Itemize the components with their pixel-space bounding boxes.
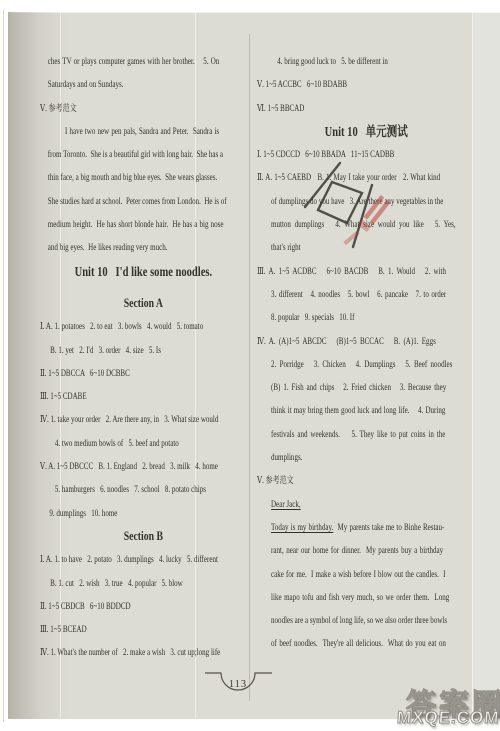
text-segment: My parents take me to Binhe Restau- [333, 522, 444, 532]
heading-line: Section A [40, 292, 247, 315]
text-segment: Ⅱ. A. 1~5 CAEBD B. 1. May I take your or… [257, 172, 440, 182]
text-segment: that's right [271, 242, 301, 252]
text-line: Ⅲ. 1~5 CDABE [40, 385, 247, 408]
heading-line: Section B [40, 525, 247, 548]
text-segment: 8. popular 9. specials 10. If [271, 312, 354, 322]
text-line: dumplings. [257, 446, 475, 469]
text-line: Ⅴ. A. 1~5 DBCCC B. 1. England 2. bread 3… [40, 455, 247, 478]
text-segment: Ⅰ. 1~5 CDCCD 6~10 BBADA 11~15 CADBB [257, 149, 394, 159]
text-segment: 4. bring good luck to 5. be different in [277, 56, 388, 66]
text-line: ches TV or plays computer games with her… [40, 50, 247, 73]
text-line: medium height. He has short blonde hair.… [40, 213, 247, 236]
text-segment: Ⅴ. 参考范文 [40, 103, 77, 113]
text-line: like mapo tofu and fish very much, so we… [257, 586, 475, 609]
text-line: Today is my birthday. My parents take me… [257, 516, 475, 539]
text-segment: Ⅲ. A. 1~5 ACDBC 6~10 BACDB B. 1. Would 2… [257, 266, 446, 276]
text-segment: Ⅵ. 1~5 BBCAD [257, 103, 304, 113]
text-segment: medium height. He has short blonde hair.… [48, 219, 224, 229]
text-line: think it may bring them good luck and lo… [257, 399, 475, 422]
text-segment: Unit 10 I'd like some noodles. [75, 264, 212, 279]
text-segment: Unit 10 单元测试 [325, 124, 408, 139]
text-line: B. 1. cut 2. wish 3. true 4. popular 5. … [40, 572, 247, 595]
text-line: 4. bring good luck to 5. be different in [257, 50, 475, 73]
text-segment: Ⅳ. 1. take your order 2. Are there any, … [40, 414, 218, 424]
text-segment: Ⅳ. 1. What's the number of 2. make a wis… [40, 647, 220, 657]
text-line: thin face, a big mouth and big blue eyes… [40, 166, 247, 189]
text-segment: (B) 1. Fish and chips 2. Fried chicken 3… [271, 382, 446, 392]
text-segment: 5. hamburgers 6. noodles 7. school 8. po… [55, 484, 206, 494]
text-line: mutton dumplings 4. What size would you … [257, 213, 475, 236]
right-column: 4. bring good luck to 5. be different in… [257, 50, 475, 656]
text-segment: Ⅳ. A. (A)1~5 ABCDC (B)1~5 BCCAC B. (A)1.… [257, 336, 436, 346]
scanned-answer-page: ches TV or plays computer games with her… [0, 0, 500, 731]
text-line: 9. dumplings 10. home [40, 502, 247, 525]
text-line: (B) 1. Fish and chips 2. Fried chicken 3… [257, 376, 475, 399]
text-line: and big eyes. He likes reading very much… [40, 236, 247, 259]
text-segment: cake for me. I make a wish before I blow… [271, 569, 445, 579]
text-segment: dumplings. [271, 452, 302, 462]
text-line: Dear Jack, [257, 493, 475, 516]
text-segment: Ⅲ. 1~5 BCEAD [40, 624, 87, 634]
text-segment: Ⅱ. 1~5 DBCCA 6~10 DCBBC [40, 368, 130, 378]
text-segment: Ⅰ. A. 1. potatoes 2. to eat 3. bowls 4. … [40, 321, 203, 331]
text-line: B. 1. yet 2. I'd 3. order 4. size 5. Is [40, 339, 247, 362]
text-line: noodles are a symbol of long life, so we… [257, 609, 475, 632]
left-column: ches TV or plays computer games with her… [40, 50, 247, 665]
text-segment: Ⅴ. 1~5 ACCBC 6~10 BDABB [257, 79, 347, 89]
text-line: 5. hamburgers 6. noodles 7. school 8. po… [40, 478, 247, 501]
text-segment: of dumplings do you have 3. Are there an… [271, 196, 443, 206]
scan-light-band [472, 12, 500, 719]
text-segment: noodles are a symbol of long life, so we… [271, 615, 447, 625]
text-segment: 3. different 4. noodles 5. bowl 6. panca… [271, 289, 446, 299]
text-segment: thin face, a big mouth and big blue eyes… [48, 172, 217, 182]
underlined-text: Dear Jack, [271, 499, 301, 509]
text-segment: mutton dumplings 4. What size would you … [271, 219, 456, 229]
text-segment: Section B [124, 529, 163, 543]
text-segment: Ⅰ. A. 1. to have 2. potato 3. dumplings … [40, 554, 218, 564]
text-segment: B. 1. cut 2. wish 3. true 4. popular 5. … [50, 578, 183, 588]
text-segment: festivals and weekends. 5. They like to … [271, 429, 445, 439]
text-line: 8. popular 9. specials 10. If [257, 306, 475, 329]
text-segment: of beef noodles. They're all delicious. … [271, 638, 446, 648]
text-line: Ⅲ. A. 1~5 ACDBC 6~10 BACDB B. 1. Would 2… [257, 260, 475, 283]
text-segment: from Toronto. She is a beautiful girl wi… [48, 149, 223, 159]
text-segment: Section A [124, 296, 163, 310]
underlined-text: Today is my birthday. [271, 522, 333, 532]
text-line: Ⅴ. 参考范文 [257, 469, 475, 492]
text-line: Ⅴ. 参考范文 [40, 97, 247, 120]
text-line: Ⅵ. 1~5 BBCAD [257, 97, 475, 120]
text-line: 4. two medium bowls of 5. beef and potat… [40, 432, 247, 455]
text-line: Ⅳ. 1. What's the number of 2. make a wis… [40, 641, 247, 664]
text-segment: rant, near our home for dinner. My paren… [271, 545, 443, 555]
text-line: of beef noodles. They're all delicious. … [257, 632, 475, 655]
text-line: of dumplings do you have 3. Are there an… [257, 190, 475, 213]
text-line: festivals and weekends. 5. They like to … [257, 423, 475, 446]
text-line: Ⅱ. 1~5 CBDCB 6~10 BDDCD [40, 595, 247, 618]
text-line: Ⅱ. 1~5 DBCCA 6~10 DCBBC [40, 362, 247, 385]
text-line: Ⅰ. A. 1. potatoes 2. to eat 3. bowls 4. … [40, 315, 247, 338]
scan-edge-artifact [3, 10, 4, 722]
text-line: Ⅴ. 1~5 ACCBC 6~10 BDABB [257, 73, 475, 96]
text-segment: Ⅲ. 1~5 CDABE [40, 391, 87, 401]
text-segment: 4. two medium bowls of 5. beef and potat… [55, 438, 179, 448]
text-segment: think it may bring them good luck and lo… [271, 405, 445, 415]
text-segment: Ⅴ. A. 1~5 DBCCC B. 1. England 2. bread 3… [40, 461, 218, 471]
text-segment: B. 1. yet 2. I'd 3. order 4. size 5. Is [50, 345, 161, 355]
text-line: Ⅳ. 1. take your order 2. Are there any, … [40, 408, 247, 431]
text-segment: Ⅱ. 1~5 CBDCB 6~10 BDDCD [40, 601, 131, 611]
text-line: that's right [257, 236, 475, 259]
text-segment: and big eyes. He likes reading very much… [48, 242, 168, 252]
text-line: She studies hard at school. Peter comes … [40, 190, 247, 213]
text-line: Ⅲ. 1~5 BCEAD [40, 618, 247, 641]
text-line: I have two new pen pals, Sandra and Pete… [40, 120, 247, 143]
text-line: rant, near our home for dinner. My paren… [257, 539, 475, 562]
text-segment: 9. dumplings 10. home [49, 508, 117, 518]
heading-line: Unit 10 I'd like some noodles. [40, 260, 247, 283]
text-line: Ⅳ. A. (A)1~5 ABCDC (B)1~5 BCCAC B. (A)1.… [257, 330, 475, 353]
text-line: cake for me. I make a wish before I blow… [257, 563, 475, 586]
text-line: 3. different 4. noodles 5. bowl 6. panca… [257, 283, 475, 306]
column-divider [249, 34, 250, 701]
text-segment: She studies hard at school. Peter comes … [48, 196, 227, 206]
text-segment: like mapo tofu and fish very much, so we… [271, 592, 449, 602]
book-page: ches TV or plays computer games with her… [8, 12, 500, 719]
text-line: Ⅰ. 1~5 CDCCD 6~10 BBADA 11~15 CADBB [257, 143, 475, 166]
text-segment: 2. Porridge 3. Chicken 4. Dumplings 5. B… [271, 359, 452, 369]
text-line: Ⅰ. A. 1. to have 2. potato 3. dumplings … [40, 548, 247, 571]
text-line: Saturdays and on Sundays. [40, 73, 247, 96]
text-segment: Ⅴ. 参考范文 [257, 475, 294, 485]
text-line: Ⅱ. A. 1~5 CAEBD B. 1. May I take your or… [257, 166, 475, 189]
text-segment: I have two new pen pals, Sandra and Pete… [65, 126, 219, 136]
text-segment: ches TV or plays computer games with her… [48, 56, 220, 66]
heading-line: Unit 10 单元测试 [257, 120, 475, 143]
text-line: 2. Porridge 3. Chicken 4. Dumplings 5. B… [257, 353, 475, 376]
text-line: from Toronto. She is a beautiful girl wi… [40, 143, 247, 166]
text-segment: Saturdays and on Sundays. [48, 79, 124, 89]
